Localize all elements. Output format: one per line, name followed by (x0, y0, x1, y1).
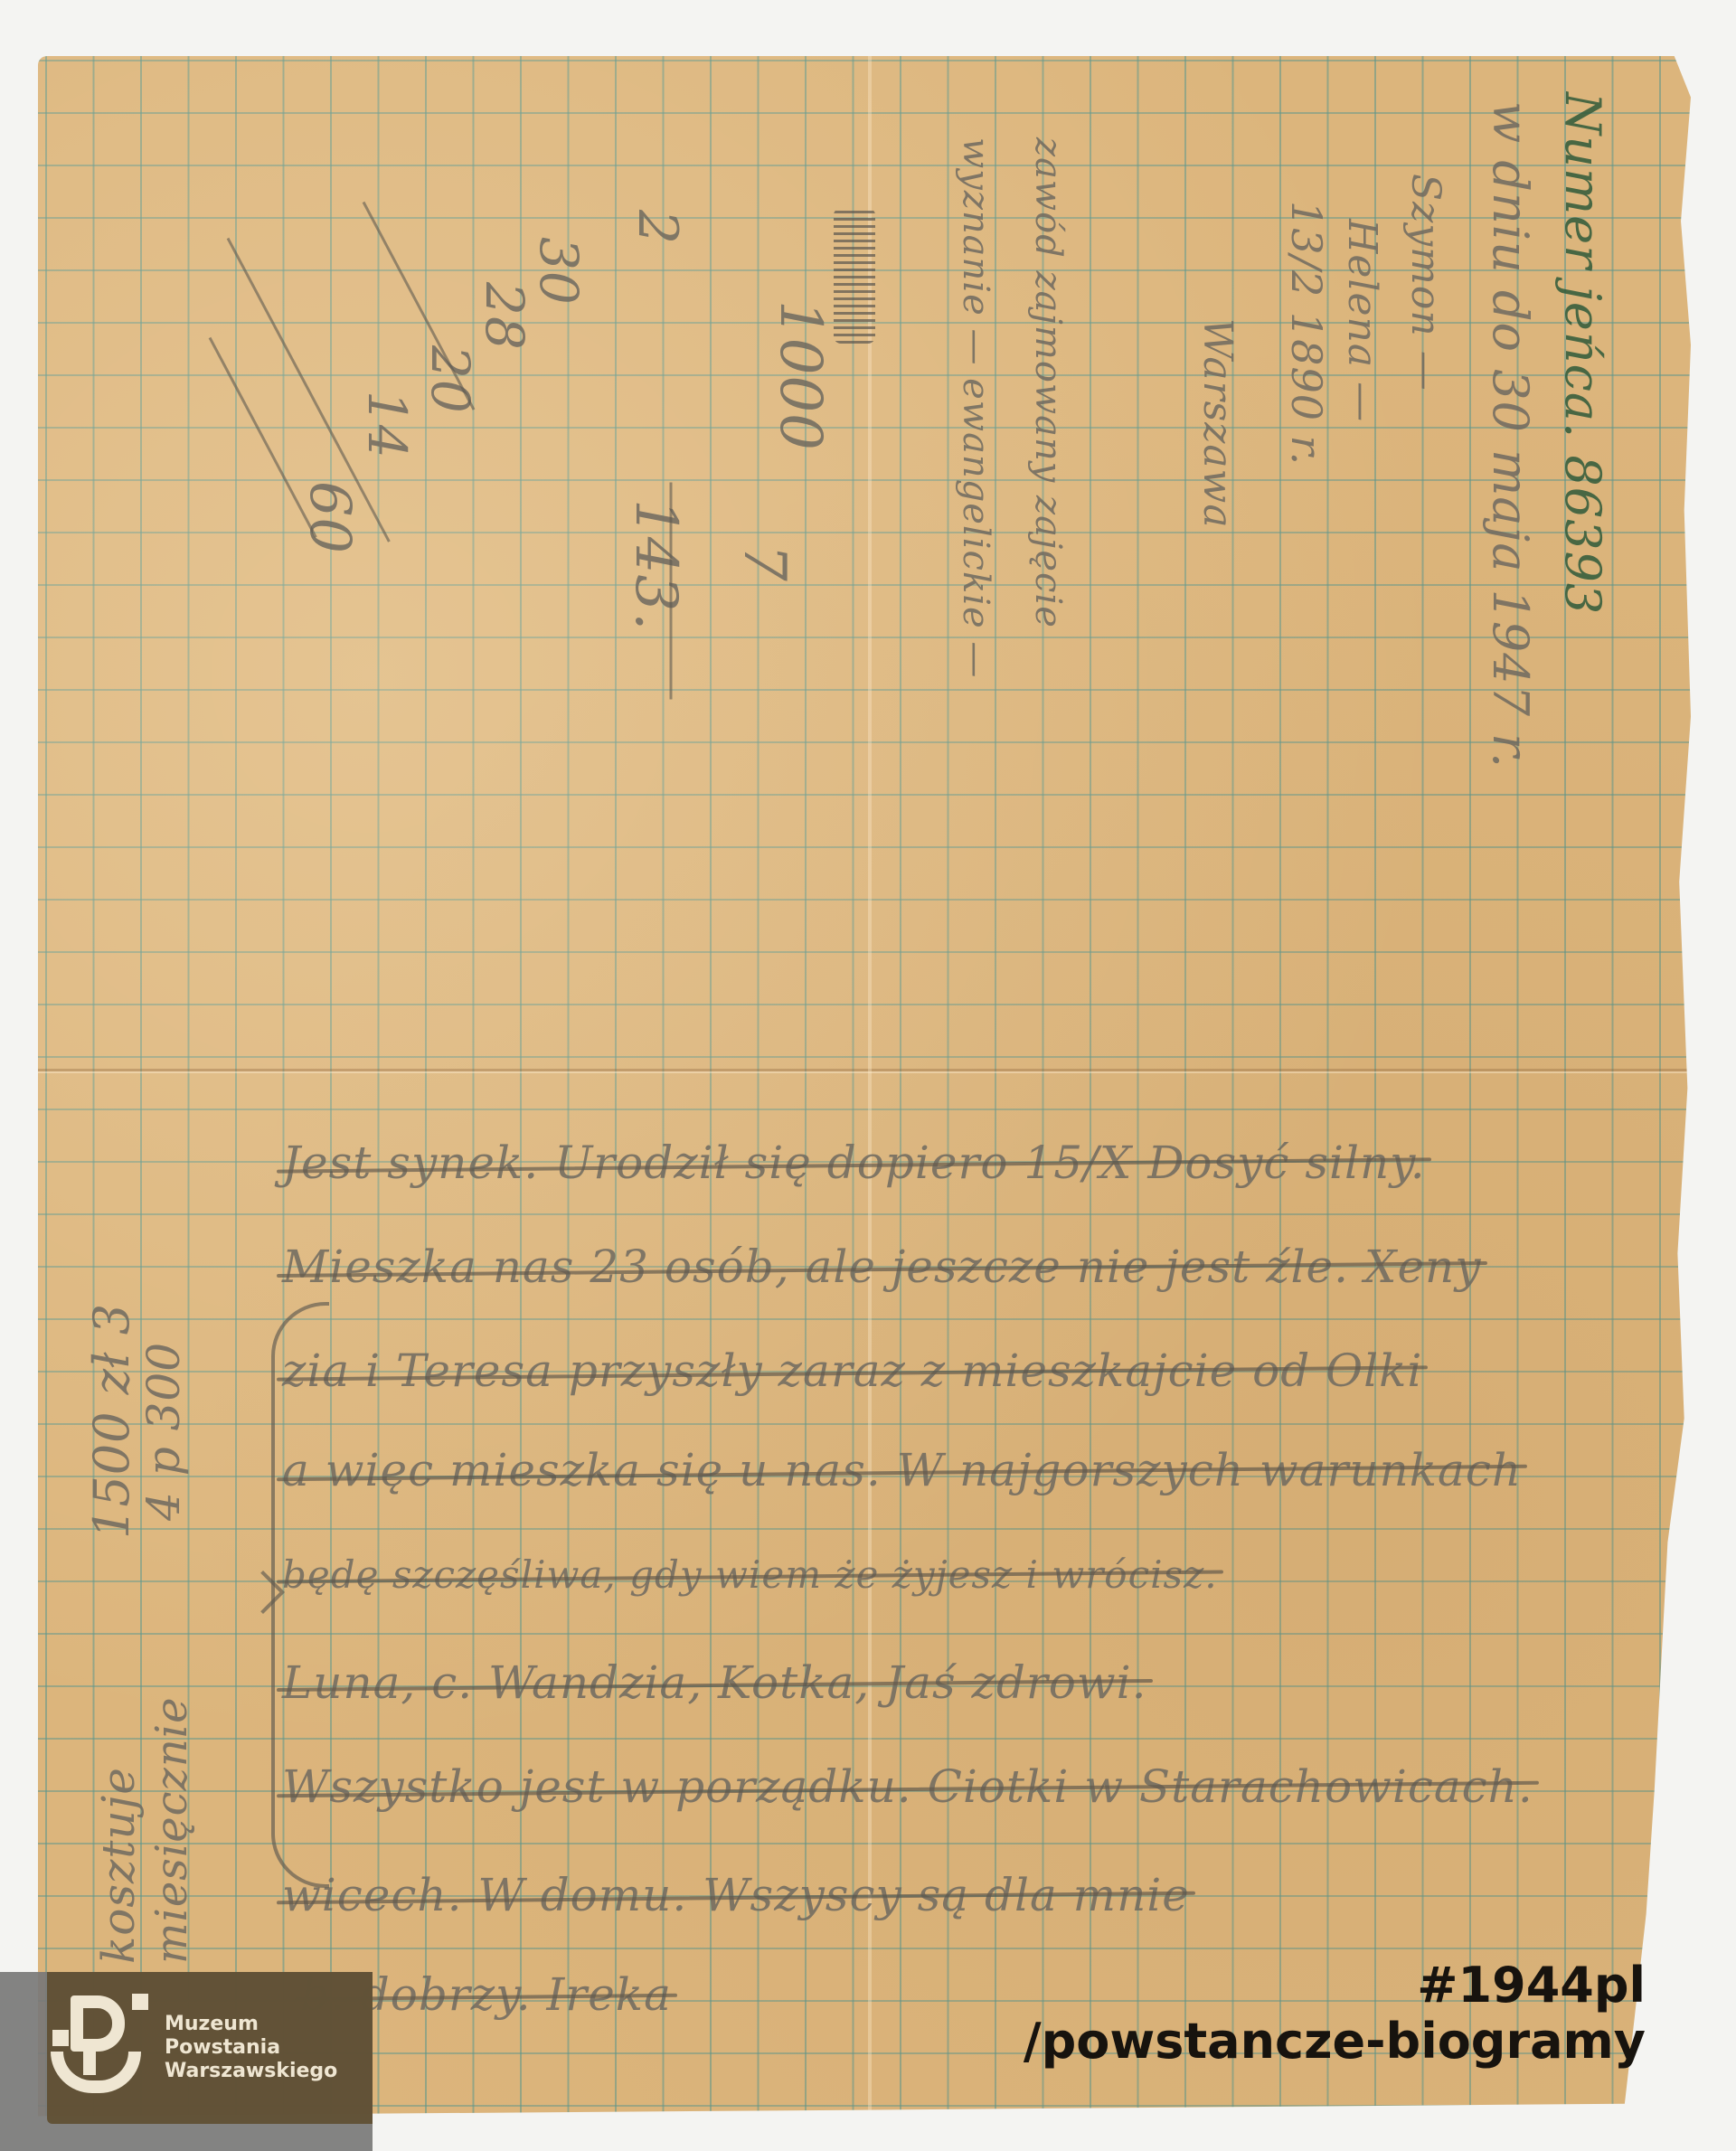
campaign-tag: #1944pl /powstancze-biogramy (1024, 1958, 1646, 2070)
calc-28: 28 (474, 282, 535, 351)
struck-text: Jest synek. Urodził się dopiero 15/X Dos… (282, 1137, 1426, 1189)
struck-text: będę szczęśliwa, gdy wiem że żyjesz i wr… (282, 1552, 1218, 1597)
museum-name: Muzeum Powstania Warszawskiego (165, 2013, 337, 2083)
letter-line: zia i Teresa przyszły zaraz z mieszkajci… (282, 1344, 1422, 1397)
letter-line: będę szczęśliwa, gdy wiem że żyjesz i wr… (282, 1552, 1218, 1597)
prisoner-number-line: Numer jeńca. 86393 (1554, 92, 1611, 615)
letter-line: Mieszka nas 23 osób, ale jeszcze nie jes… (282, 1241, 1482, 1293)
curly-brace-mark (271, 1302, 329, 1888)
calc-divider-line (670, 483, 673, 700)
museum-name-line1: Muzeum (165, 2013, 337, 2036)
margin-note-kosztuje: kosztuje (92, 1767, 145, 1964)
margin-note-300: 4 p 300 (137, 1342, 190, 1521)
kotwica-anchor-icon (51, 1994, 150, 2102)
hashtag-text: #1944pl (1024, 1958, 1646, 2014)
name-helena: Helena — (1339, 219, 1385, 422)
name-szymon: Szymon — (1402, 174, 1448, 392)
museum-name-line3: Warszawskiego (165, 2060, 337, 2083)
scanned-letter: Numer jeńca. 86393 w dniu do 30 maja 194… (38, 56, 1691, 2120)
calc-143: 143. (622, 499, 689, 632)
margin-note-1500: 1500 zł 3 (83, 1303, 140, 1539)
path-text: /powstancze-biogramy (1024, 2014, 1646, 2070)
museum-logo[interactable]: Muzeum Powstania Warszawskiego (47, 1972, 373, 2124)
date-line: w dniu do 30 maja 1947 r. (1482, 101, 1539, 769)
calc-14: 14 (356, 391, 418, 459)
city-warszawa: Warszawa (1194, 318, 1241, 529)
museum-name-line2: Powstania (165, 2036, 337, 2060)
struck-text: zia i Teresa przyszły zaraz z mieszkajci… (282, 1344, 1422, 1397)
calc-7: 7 (731, 544, 797, 582)
struck-text: a więc mieszka się u nas. W najgorszych … (282, 1444, 1522, 1496)
struck-text: Wszystko jest w porządku. Ciotki w Stara… (282, 1760, 1533, 1813)
scribbled-out-mark (834, 208, 875, 344)
religion-line: wyznanie — ewangelickie — (955, 137, 996, 678)
struck-text: Luna, c. Wandzia, Kotka, Jaś zdrowi. (282, 1656, 1147, 1709)
calc-1000: 1000 (767, 300, 834, 451)
letter-line: Wszystko jest w porządku. Ciotki w Stara… (282, 1760, 1533, 1813)
struck-text: wicech. W domu. Wszyscy są dla mnie (282, 1869, 1190, 1921)
struck-text: Mieszka nas 23 osób, ale jeszcze nie jes… (282, 1241, 1482, 1293)
letter-line: Jest synek. Urodził się dopiero 15/X Dos… (282, 1137, 1426, 1189)
calc-divider-line (209, 337, 317, 538)
margin-note-miesiecznie: miesięcznie (146, 1696, 197, 1964)
letter-line: a więc mieszka się u nas. W najgorszych … (282, 1444, 1522, 1496)
calc-30: 30 (528, 237, 590, 306)
letter-line: wicech. W domu. Wszyscy są dla mnie (282, 1869, 1190, 1921)
letter-line: Luna, c. Wandzia, Kotka, Jaś zdrowi. (282, 1656, 1147, 1709)
calc-2: 2 (626, 210, 689, 245)
horizontal-fold-crease (38, 1069, 1691, 1071)
occupation-line: zawód zajmowany zajęcie (1027, 137, 1069, 628)
birth-date: 13/2 1890 r. (1282, 201, 1331, 466)
